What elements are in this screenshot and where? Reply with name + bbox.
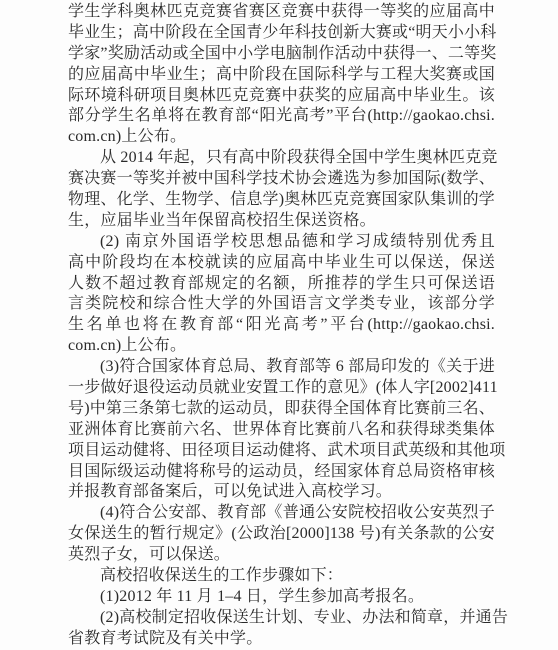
text-line: 号)中第三条第七款的运动员，即获得全国体育比赛前三名、 <box>68 399 495 420</box>
text-line: 的应届高中毕业生；高中阶段在国际科学与工程大奖赛或国 <box>68 65 495 86</box>
text-line: 学家”奖励活动或全国中小学电脑制作活动中获得一、二等奖 <box>68 44 495 65</box>
body-text: 学生学科奥林匹克竞赛省赛区竞赛中获得一等奖的应届高中毕业生；高中阶段在全国青少年… <box>68 2 495 650</box>
text-line: 学生学科奥林匹克竞赛省赛区竞赛中获得一等奖的应届高中 <box>68 2 495 23</box>
text-line: (4)符合公安部、教育部《普通公安院校招收公安英烈子 <box>68 503 495 524</box>
text-line: 英烈子女，可以保送。 <box>68 545 495 566</box>
text-line: 并报教育部备案后，可以免试进入高校学习。 <box>68 482 495 503</box>
text-line: 女保送生的暂行规定》(公政治[2000]138 号)有关条款的公安 <box>68 524 495 545</box>
text-line: (3)符合国家体育总局、教育部等 6 部局印发的《关于进 <box>68 357 495 378</box>
text-line: 目国际级运动健将称号的运动员，经国家体育总局资格审核 <box>68 462 495 483</box>
text-line: (1)2012 年 11 月 1–4 日，学生参加高考报名。 <box>68 587 495 608</box>
text-line: 一步做好退役运动员就业安置工作的意见》(体人字[2002]411 <box>68 378 495 399</box>
text-line: 生，应届毕业当年保留高校招生保送资格。 <box>68 211 495 232</box>
text-line: 省教育考试院及有关中学。 <box>68 629 495 650</box>
text-line: 际环境科研项目奥林匹克竞赛中获奖的应届高中毕业生。该 <box>68 86 495 107</box>
text-line: com.cn)上公布。 <box>68 336 495 357</box>
text-line: 赛决赛一等奖并被中国科学技术协会遴选为参加国际(数学、 <box>68 169 495 190</box>
text-line: 从 2014 年起，只有高中阶段获得全国中学生奥林匹克竞 <box>68 148 495 169</box>
text-line: 物理、化学、生物学、信息学)奥林匹克竞赛国家队集训的学 <box>68 190 495 211</box>
text-line: com.cn)上公布。 <box>68 127 495 148</box>
text-line: 言类院校和综合性大学的外国语言文学类专业，该部分学 <box>68 294 495 315</box>
text-line: 亚洲体育比赛前六名、世界体育比赛前八名和获得球类集体 <box>68 420 495 441</box>
text-line: 高中阶段均在本校就读的应届高中毕业生可以保送，保送 <box>68 253 495 274</box>
text-line: 高校招收保送生的工作步骤如下： <box>68 566 495 587</box>
document-page: 学生学科奥林匹克竞赛省赛区竞赛中获得一等奖的应届高中毕业生；高中阶段在全国青少年… <box>0 0 558 650</box>
text-line: 部分学生名单将在教育部“阳光高考”平台(http://gaokao.chsi. <box>68 106 495 127</box>
text-line: (2)高校制定招收保送生计划、专业、办法和简章，并通告 <box>68 608 495 629</box>
text-line: 项目运动健将、田径项目运动健将、武术项目武英级和其他项 <box>68 441 495 462</box>
text-line: 人数不超过教育部规定的名额，所推荐的学生只可保送语 <box>68 274 495 295</box>
text-line: 毕业生；高中阶段在全国青少年科技创新大赛或“明天小小科 <box>68 23 495 44</box>
text-line: 生名单也将在教育部“阳光高考”平台(http://gaokao.chsi. <box>68 315 495 336</box>
text-line: (2) 南京外国语学校思想品德和学习成绩特别优秀且 <box>68 232 495 253</box>
